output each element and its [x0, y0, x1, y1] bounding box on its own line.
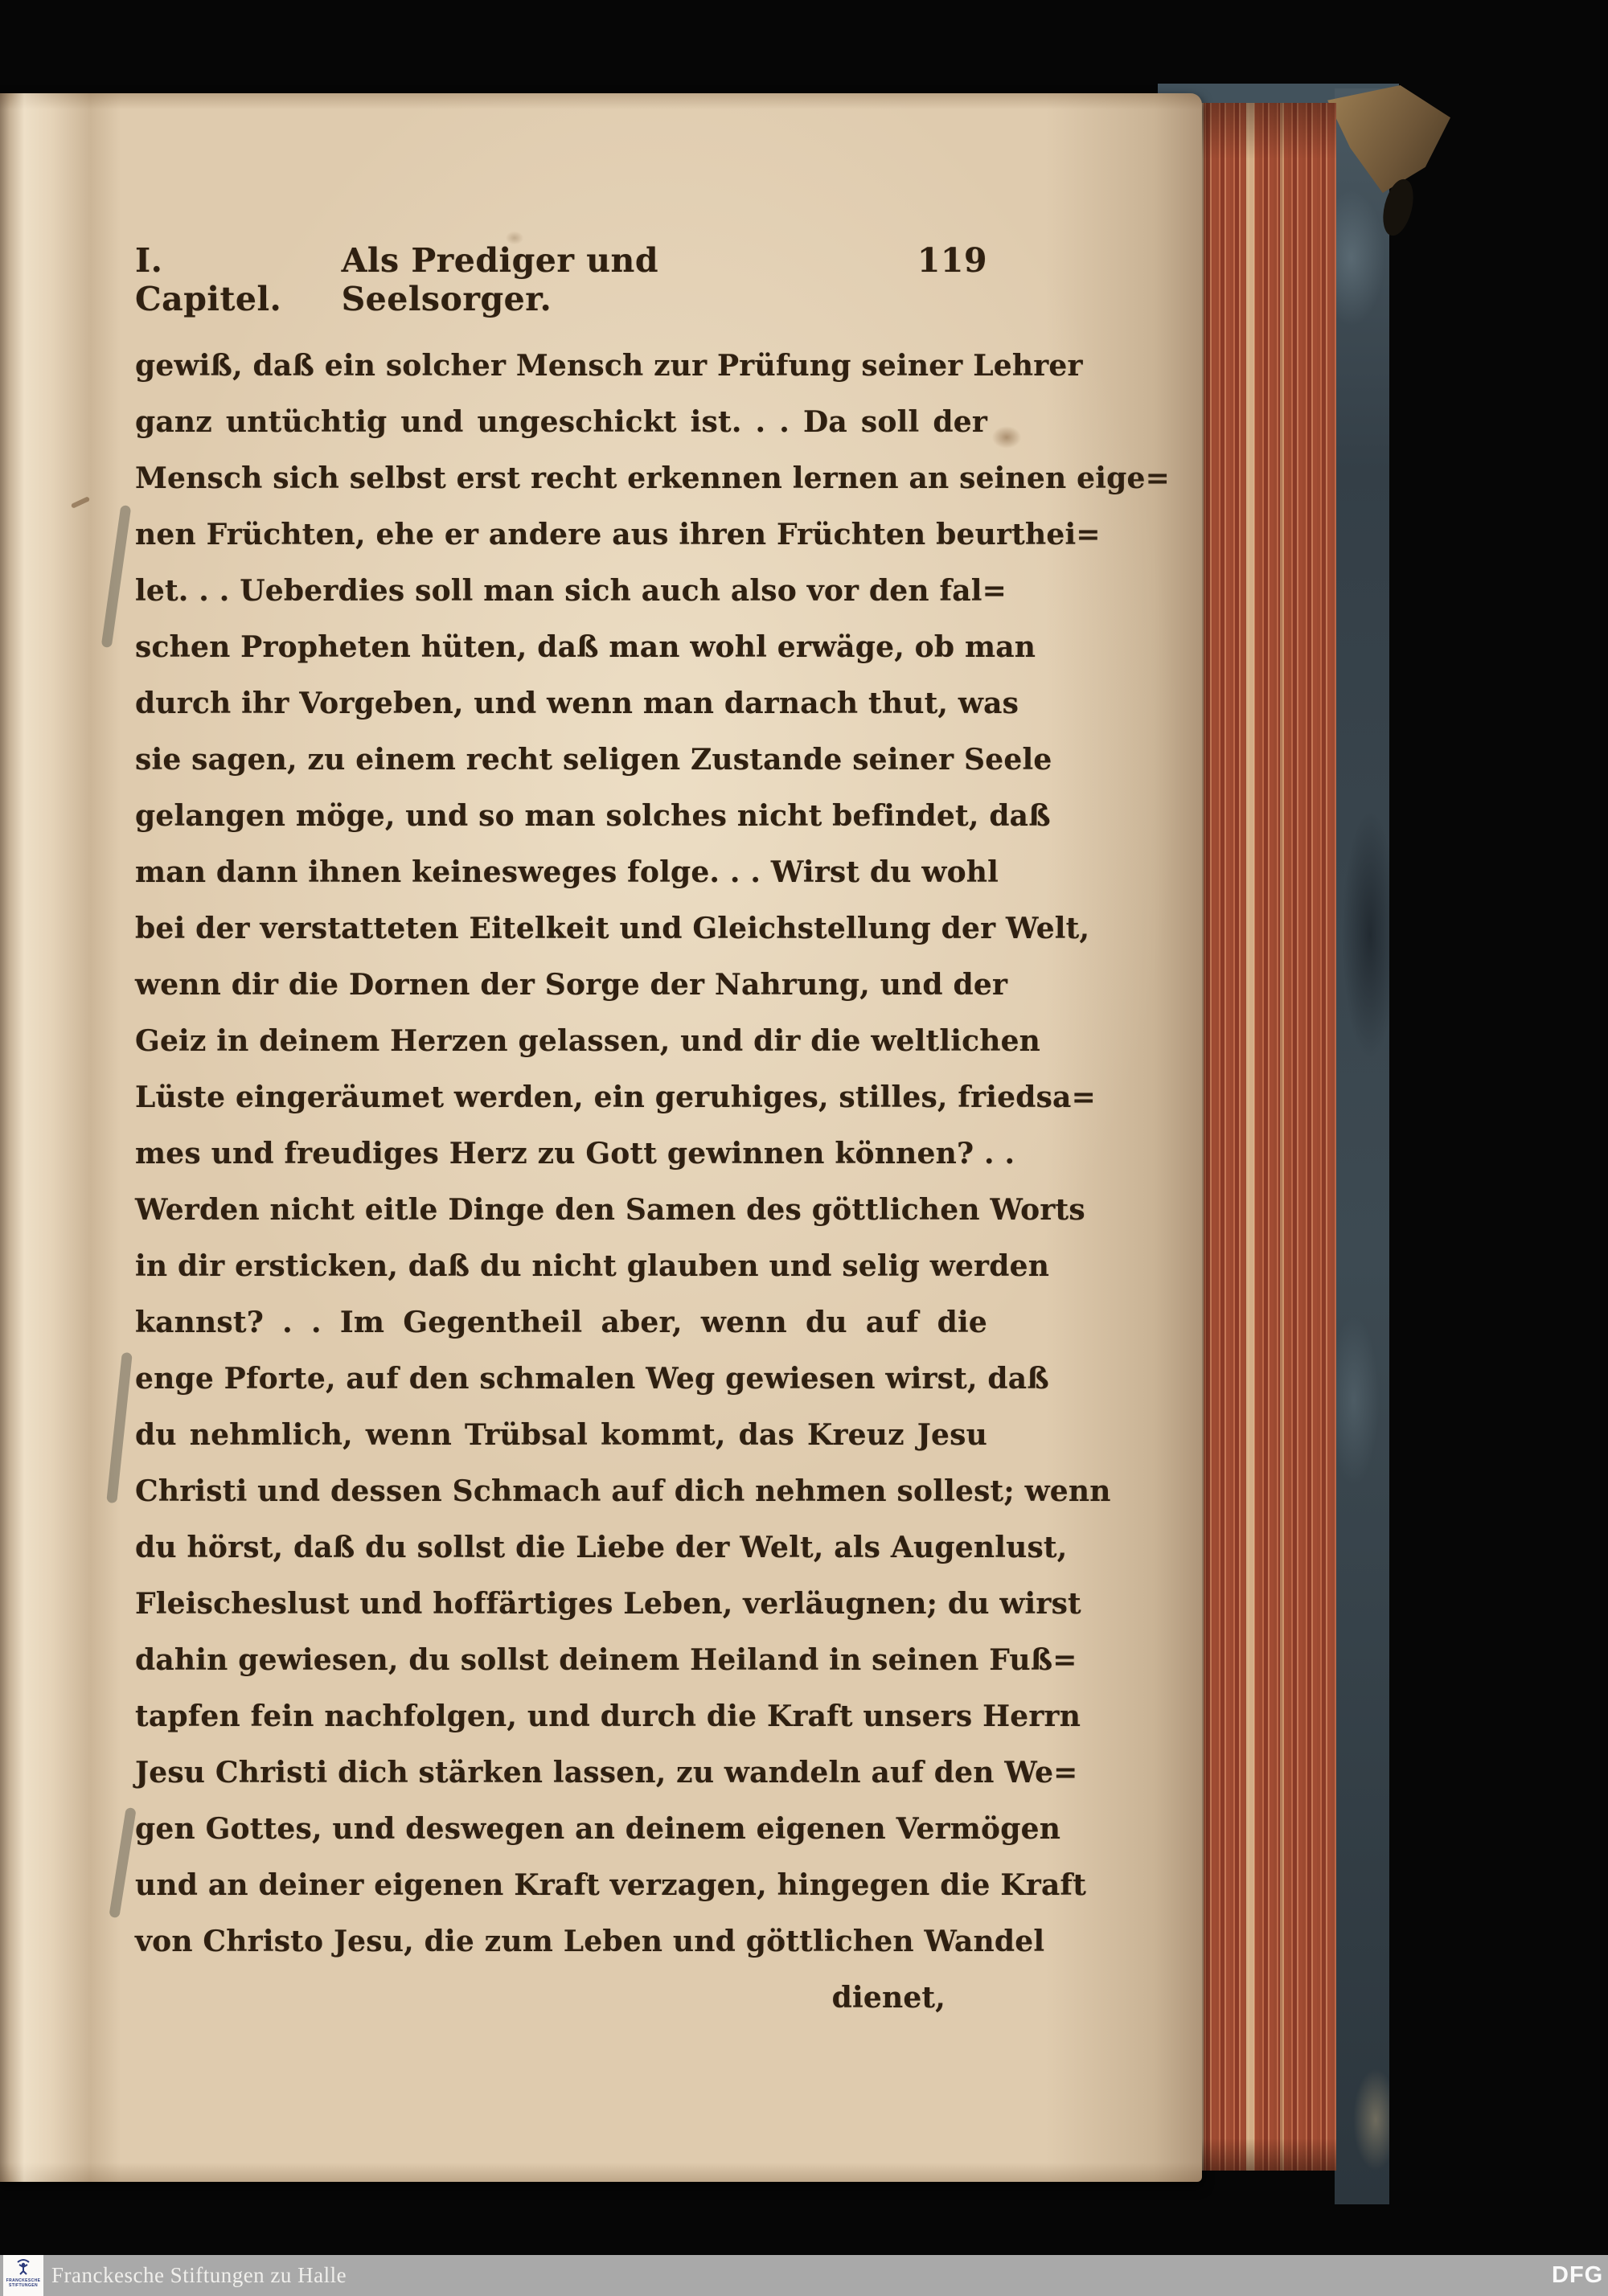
- text-line: kannst? . . Im Gegentheil aber, wenn du …: [135, 1294, 987, 1351]
- text-line: dahin gewiesen, du sollst deinem Heiland…: [135, 1632, 987, 1688]
- text-line: durch ihr Vorgeben, und wenn man darnach…: [135, 675, 987, 732]
- book-fore-edge: [1201, 103, 1336, 2171]
- text-line: let. . . Ueberdies soll man sich auch al…: [135, 563, 987, 619]
- chapter-label: I. Capitel.: [135, 241, 319, 318]
- institution-label: Franckesche Stiftungen zu Halle: [51, 2255, 347, 2296]
- text-line: Fleischeslust und hoffärtiges Leben, ver…: [135, 1576, 987, 1632]
- text-line: von Christo Jesu, die zum Leben und gött…: [135, 1913, 987, 1970]
- pencil-margin-mark: [106, 1352, 133, 1503]
- text-line: schen Propheten hüten, daß man wohl erwä…: [135, 619, 987, 675]
- pencil-mark: [71, 496, 90, 509]
- francke-emblem-icon: [15, 2257, 31, 2278]
- text-line: du hörst, daß du sollst die Liebe der We…: [135, 1519, 987, 1576]
- page-number: 119: [917, 241, 987, 280]
- text-line: wenn dir die Dornen der Sorge der Nahrun…: [135, 957, 987, 1013]
- scanned-book-viewer: I. Capitel. Als Prediger und Seelsorger.…: [0, 0, 1608, 2296]
- book-cover-edge: [1335, 88, 1389, 2204]
- text-line: und an deiner eigenen Kraft verzagen, hi…: [135, 1857, 987, 1913]
- text-line: Jesu Christi dich stärken lassen, zu wan…: [135, 1745, 987, 1801]
- text-line: enge Pforte, auf den schmalen Weg gewies…: [135, 1351, 987, 1407]
- text-line: Geiz in deinem Herzen gelassen, und dir …: [135, 1013, 987, 1069]
- logo-text-line2: STIFTUNGEN: [9, 2283, 38, 2288]
- text-line: bei der verstatteten Eitelkeit und Gleic…: [135, 900, 987, 957]
- text-line: in dir ersticken, daß du nicht glauben u…: [135, 1238, 987, 1294]
- text-line: gen Gottes, und deswegen an deinem eigen…: [135, 1801, 987, 1857]
- text-line: gewiß, daß ein solcher Mensch zur Prüfun…: [135, 338, 987, 394]
- text-line: gelangen möge, und so man solches nicht …: [135, 788, 987, 844]
- francke-foundations-logo[interactable]: FRANCKESCHE STIFTUNGEN: [3, 2255, 43, 2296]
- text-line: mes und freudiges Herz zu Gott gewinnen …: [135, 1125, 987, 1182]
- chapter-title: Als Prediger und Seelsorger.: [342, 241, 874, 318]
- text-line: ganz untüchtig und ungeschickt ist. . . …: [135, 394, 987, 450]
- page-text: gewiß, daß ein solcher Mensch zur Prüfun…: [135, 338, 987, 2026]
- text-line: Lüste eingeräumet werden, ein geruhiges,…: [135, 1069, 987, 1125]
- text-line: man dann ihnen keinesweges folge. . . Wi…: [135, 844, 987, 900]
- text-line: du nehmlich, wenn Trübsal kommt, das Kre…: [135, 1407, 987, 1463]
- pencil-margin-mark: [101, 505, 132, 648]
- dfg-logo[interactable]: DFG: [1552, 2255, 1603, 2296]
- catchword: dienet,: [135, 1970, 987, 2026]
- text-line: nen Früchten, ehe er andere aus ihren Fr…: [135, 506, 987, 563]
- text-line: Christi und dessen Schmach auf dich nehm…: [135, 1463, 987, 1519]
- text-line: sie sagen, zu einem recht seligen Zustan…: [135, 732, 987, 788]
- text-line: Werden nicht eitle Dinge den Samen des g…: [135, 1182, 987, 1238]
- running-head: I. Capitel. Als Prediger und Seelsorger.…: [135, 241, 987, 297]
- viewer-footer-bar: FRANCKESCHE STIFTUNGEN Franckesche Stift…: [0, 2255, 1608, 2296]
- text-line: tapfen fein nachfolgen, und durch die Kr…: [135, 1688, 987, 1745]
- text-line: Mensch sich selbst erst recht erkennen l…: [135, 450, 987, 506]
- pencil-margin-mark: [109, 1807, 136, 1918]
